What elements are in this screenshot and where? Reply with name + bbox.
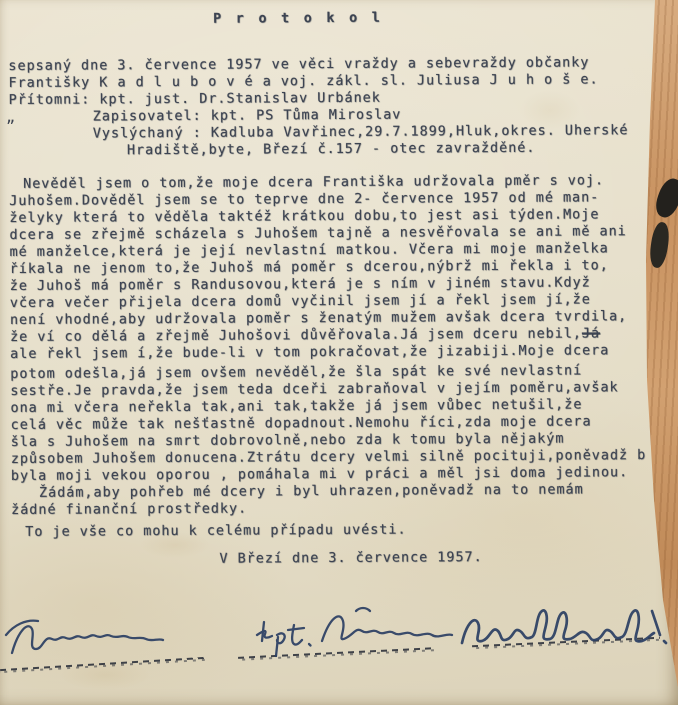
page-title: P r o t o k o l bbox=[8, 0, 656, 29]
signature-left-icon bbox=[6, 621, 163, 653]
paper-sheet: P r o t o k o l sepsaný dne 3. července … bbox=[0, 0, 678, 705]
struck-word: Já bbox=[582, 325, 600, 341]
photographed-document: P r o t o k o l sepsaný dne 3. července … bbox=[0, 0, 678, 705]
stray-type-mark: „ bbox=[6, 108, 15, 126]
signatures-layer bbox=[0, 595, 678, 680]
statement-line: ale řekl jsem í,že bude-li v tom pokračo… bbox=[10, 342, 658, 363]
date-line: V Březí dne 3. července 1957. bbox=[11, 548, 659, 569]
closing-line: To je vše co mohu k celému případu uvést… bbox=[11, 520, 659, 541]
request-line: žádné finanční prostředky. bbox=[11, 498, 659, 519]
typewritten-text: P r o t o k o l sepsaný dne 3. července … bbox=[8, 0, 659, 569]
signature-right-icon bbox=[462, 610, 666, 643]
signature-middle-icon bbox=[257, 608, 452, 656]
